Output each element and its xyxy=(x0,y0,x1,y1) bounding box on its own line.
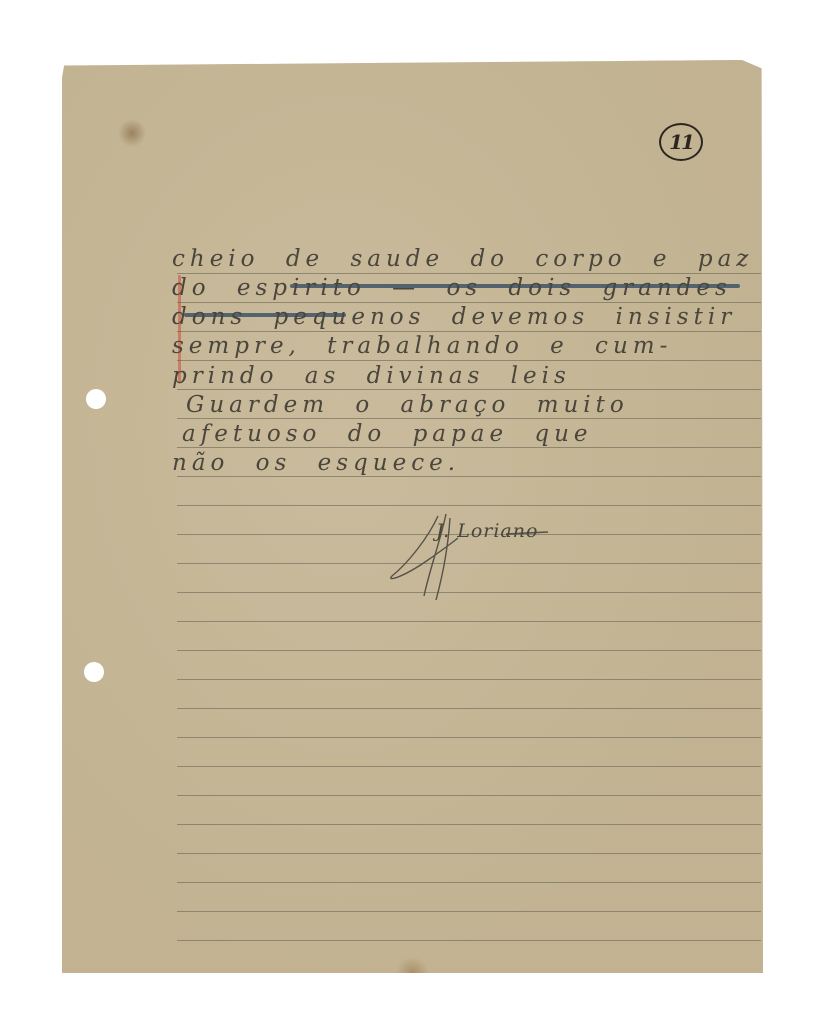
handwritten-line-5: prindo as divinas leis xyxy=(172,363,571,389)
ruled-line xyxy=(177,679,761,680)
ruled-line xyxy=(177,505,761,506)
ruled-line xyxy=(177,853,761,854)
ruled-line xyxy=(177,621,761,622)
punch-hole-top xyxy=(86,389,106,409)
ruled-line xyxy=(177,911,761,912)
ruled-line xyxy=(177,331,761,332)
ruled-line xyxy=(177,418,761,419)
ruled-line xyxy=(177,708,761,709)
ruled-line xyxy=(177,882,761,883)
ruled-line xyxy=(177,824,761,825)
punch-hole-bottom xyxy=(84,662,104,682)
handwritten-line-6: Guardem o abraço muito xyxy=(186,392,629,418)
handwritten-line-1: cheio de saude do corpo e paz xyxy=(172,246,753,272)
ruled-line xyxy=(177,940,761,941)
ruled-line xyxy=(177,766,761,767)
ruled-line xyxy=(177,795,761,796)
signature-name: J. Loriano xyxy=(436,520,538,542)
page-number-circle: 11 xyxy=(659,123,703,161)
handwritten-line-3: dons pequenos devemos insistir xyxy=(172,304,736,330)
handwritten-line-2: do espirito — os dois grandes xyxy=(172,275,732,301)
ruled-line xyxy=(177,302,761,303)
letter-paper: 11 cheio de saude do corpo e paz do espi… xyxy=(62,60,763,973)
page-number: 11 xyxy=(669,130,693,154)
handwritten-line-7: afetuoso do papae que xyxy=(182,421,593,447)
handwritten-line-4: sempre, trabalhando e cum- xyxy=(172,333,672,359)
handwritten-line-8: não os esquece. xyxy=(172,450,460,476)
ruled-line xyxy=(177,389,761,390)
ruled-line xyxy=(177,737,761,738)
ruled-line xyxy=(177,360,761,361)
ruled-line xyxy=(177,650,761,651)
ruled-line xyxy=(177,476,761,477)
signature: J. Loriano xyxy=(388,508,598,608)
ruled-line xyxy=(177,447,761,448)
ruled-line xyxy=(177,273,761,274)
